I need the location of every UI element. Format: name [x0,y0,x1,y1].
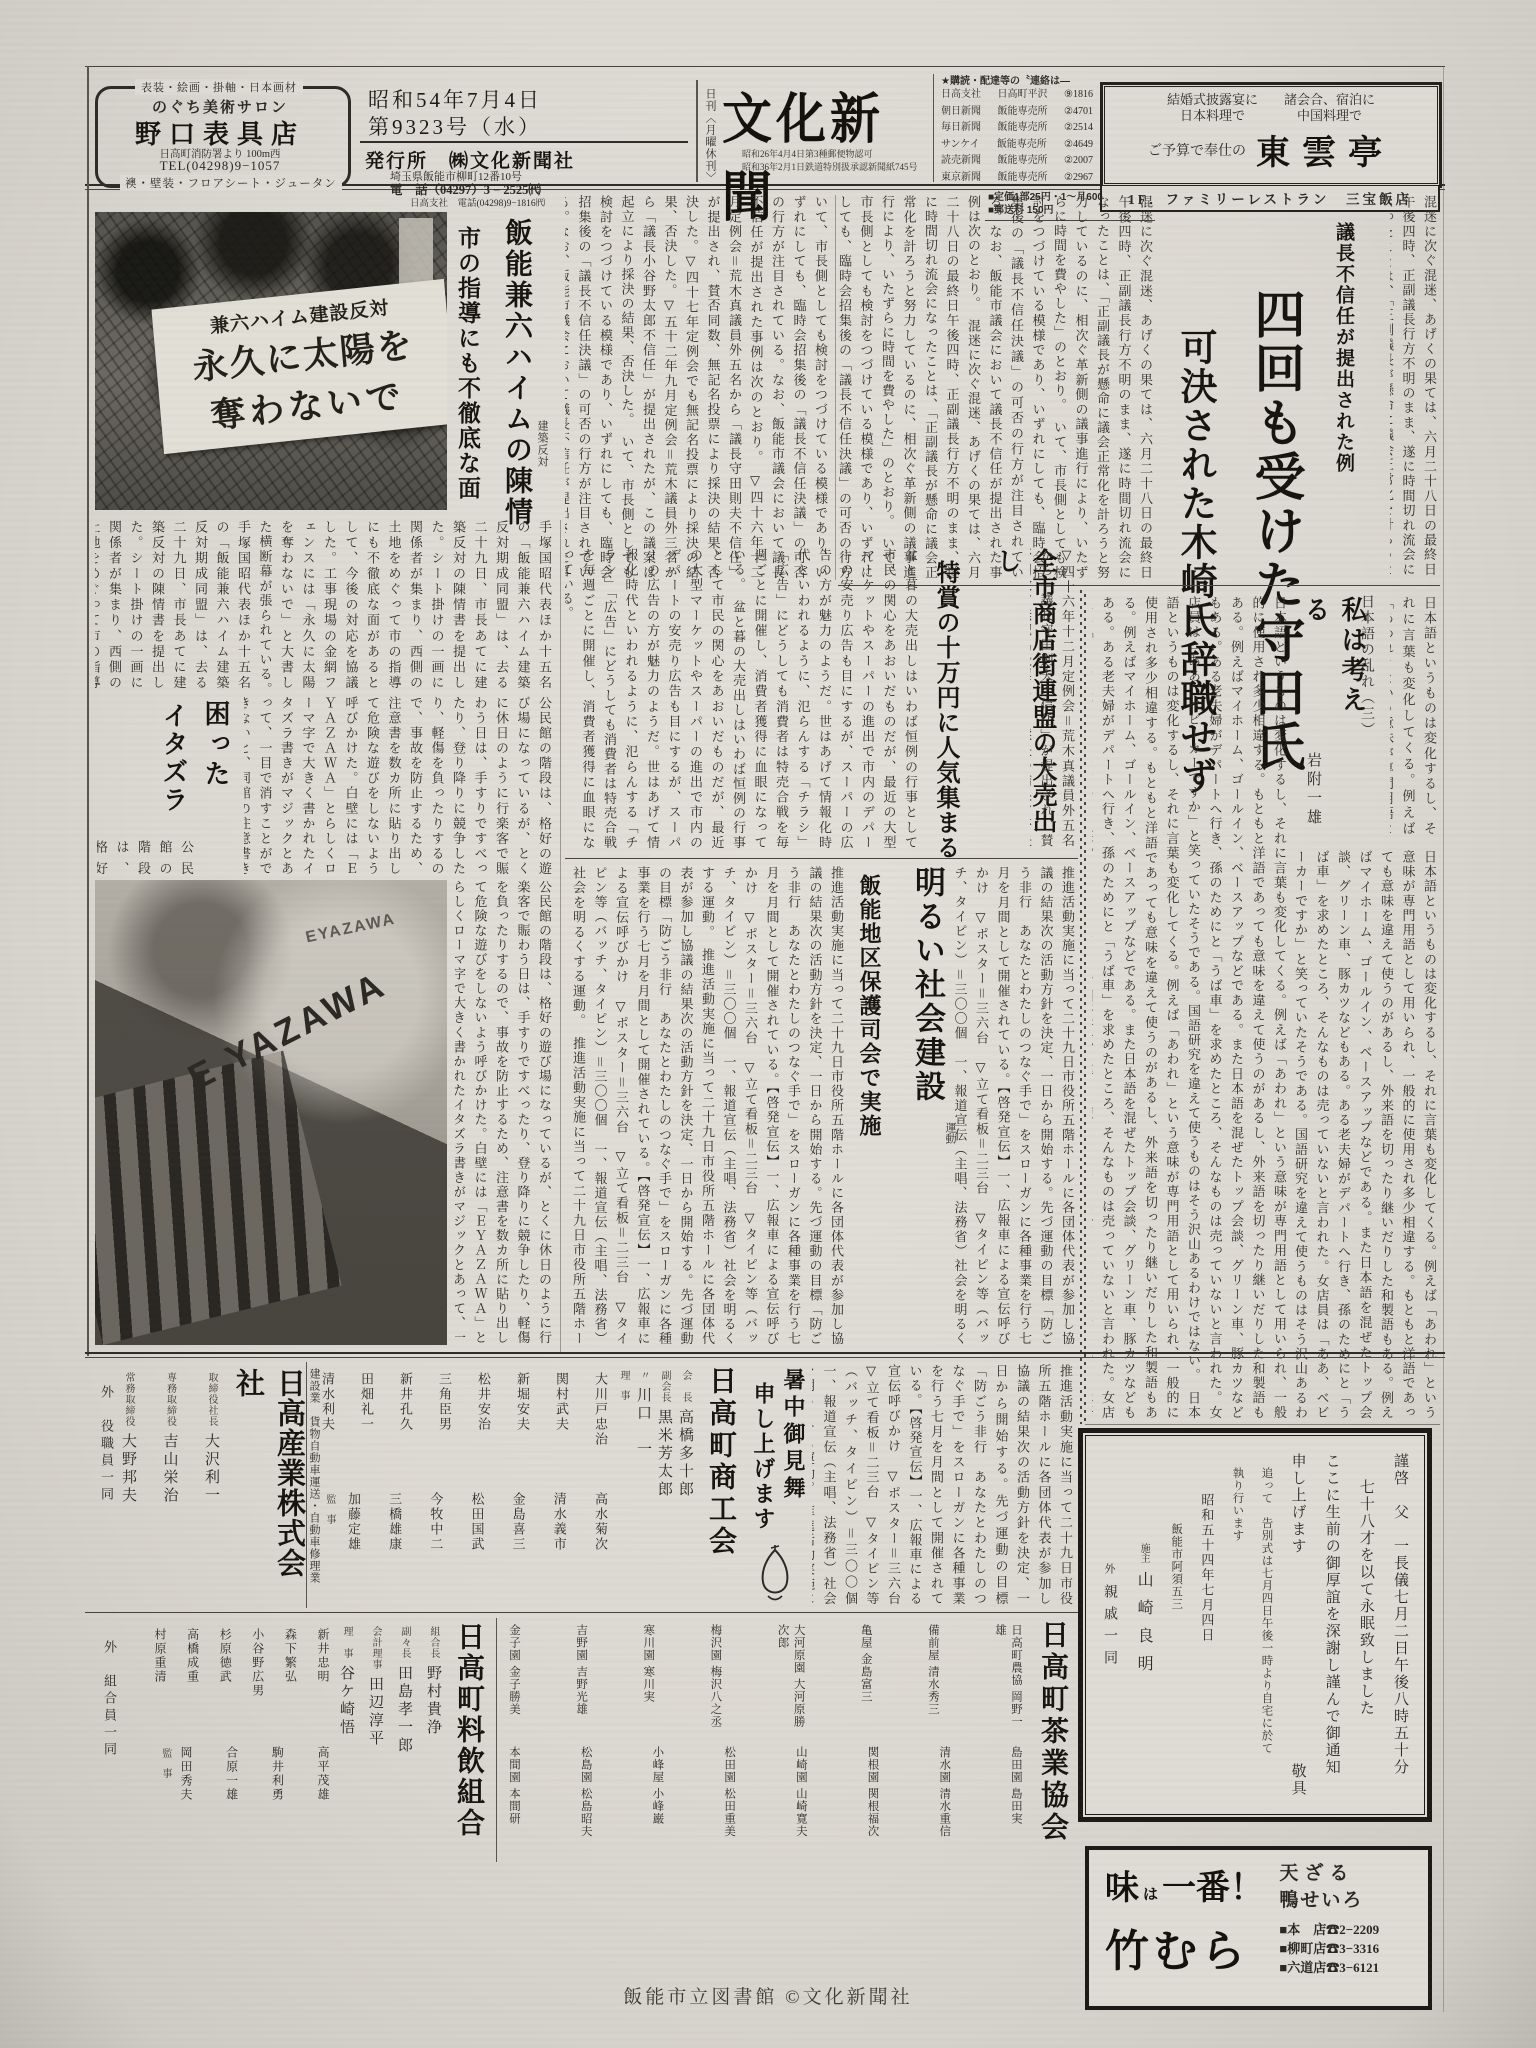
member-name: 新堀安夫 [513,1372,532,1484]
contact-phone: ②2007 [1064,153,1093,170]
obituary-date: 昭和五十四年七月四日 [1197,1453,1216,1837]
filler-body: 推進活動実施に当って二十九日市役所五階ホールに各団体代表が参加し協議の結果次の活… [812,1364,1076,1606]
relatives-label: 外 [1101,1563,1117,1574]
headline-chinjou: 飯能兼六ハイムの陳情 [496,218,536,530]
member-name: 金島喜三 [509,1492,528,1604]
stairs [95,1051,342,1345]
noguchi-tagline-bottom: 襖・壁装・フロアシート・ジュータン [120,175,342,191]
member-name: 梅沢園 梅沢八之丞 [707,1624,723,1740]
subhead-chinjou: 市の指導にも不徹底な面 [452,226,485,526]
shoukoukai-names-row2: 高水菊次清水義市金島喜三松田国武今牧中二三橋雄康加藤定雄 [344,1492,610,1604]
member-name: 三橋雄康 [385,1492,404,1604]
ryoin-officers: 組合長 野村貴浄 副々長 田島孝一郎 会計理事 田辺淳平 理 事 谷ケ崎悟 [336,1626,444,1856]
watashi-body-lower: 日本語というものは変化するし、それに言葉も変化してくる。例えば「あわれ」という意… [1295,850,1440,1420]
publisher-branch: 日高支社 電話(04298)9−1816㈹ [410,195,545,209]
section-rule-mid [565,858,1078,859]
contact-row: 読売新聞 飯能専売所 ②2007 [941,153,1093,170]
officer-name: 川口 一 [633,1387,654,1459]
obituary-keigu: 敬具 [1288,1763,1309,1797]
issue-number: 第9323号（水） [368,111,542,141]
catch-big-1: 味 [1105,1870,1139,1907]
chagyou-org: 日高町茶業協会 [1032,1620,1072,1862]
contact-name: 毎日新聞 [941,120,981,137]
member-name: 日高町農協 岡野一雄 [992,1624,1024,1740]
officer-name: 吉山栄治 [160,1433,181,1505]
ryoin-officer: 副々長 田島孝一郎 [394,1626,415,1856]
member-name: 小谷野広男 [250,1628,267,1738]
headline-lead-kicker: 議長不信任が提出された例 [1330,222,1357,524]
shinonome-lines: 結婚式披露宴に 日本料理で 諸会合、宿泊に 中国料理で [1103,92,1439,124]
officer-name: 大沢利一 [201,1433,222,1505]
contact-row: 朝日新聞 飯能専売所 ②4701 [941,104,1093,121]
obituary-line: 申し上げます [1288,1453,1309,1555]
ryoin-tail: 外 組合員一同 [100,1640,119,1850]
member-name: 本間園 本間研 [506,1746,522,1858]
protest-photo: 兼六ハイム建設反対 永久に太陽を 奪わないで [95,212,447,510]
officer-title: 常務取締役 [121,1372,136,1427]
member-name: 関根園 関根福次 [865,1746,881,1858]
contact-row: サンケイ 飯能専売所 ②4649 [941,137,1093,154]
member-name: 今牧中二 [426,1492,445,1604]
cases-column: ▽四十六年十二月定例会＝荒木真議員外五名から「議長守田則夫不信任」が提出され、賛… [1030,548,1078,848]
shinonome-line2b: 中国料理で [1284,108,1375,124]
member-name: 松田園 松田重美 [721,1746,737,1858]
sangyo-divider [306,1362,307,1608]
contact-name: サンケイ [941,137,980,154]
newspaper-page: 表装・絵画・掛軸・日本画材 のぐち美術サロン 野口表具店 日高町消防署より 10… [0,0,1536,2048]
member-name: 島田園 島田実 [1008,1746,1024,1858]
noguchi-tagline-top: 表装・絵画・掛軸・日本画材 [135,79,303,95]
lead-body-block: 混迷に次ぐ混迷、あげくの果ては、六月二十八日の最終日午後四時、正副議長行方不明の… [838,195,1156,580]
contact-row: 日高支社 日高町平沢 ⑨1816 [941,87,1093,104]
catch-big-2: 一番！ [1162,1870,1264,1907]
ads-top-rule-2 [85,1357,1445,1358]
contact-name: 日高支社 [941,87,981,104]
protest-banner: 兼六ハイム建設反対 永久に太陽を 奪わないで [151,279,447,454]
watashi-body-col-right: 日本語というものは変化するし、それに言葉も変化してくる。例えば「あわれ」という意… [1390,596,1440,836]
member-name: 亀屋 金島富三 [858,1624,874,1740]
shoukoukai-label-kanji: 監 事 [322,1494,337,1554]
subhead-akarui: 飯能地区保護司会で実施 [854,874,885,1150]
shinonome-ad-box: 結婚式披露宴に 日本料理で 諸会合、宿泊に 中国料理で ご予算で奉仕の 東雲亭 [1100,82,1442,188]
graffiti-photo: E.YAZAWA EYAZAWA [95,880,447,1345]
masthead-note-2: 昭和36年2月1日鉄道特別扱承認新聞紙745号 [742,161,918,174]
member-name: 清水義市 [550,1492,569,1604]
akarui-body-left: 推進活動実施に当って二十九日市役所五階ホールに各団体代表が参加し協議の結果次の活… [565,866,847,1346]
officer-title: 専務取締役 [163,1372,178,1427]
officer-name: 高橋多十郎 [675,1409,696,1499]
member-name: 清水利夫 [318,1372,337,1484]
member-name: 高水菊次 [591,1492,610,1604]
member-name: 新井孔久 [396,1372,415,1484]
officer-name: 谷ケ崎悟 [336,1665,357,1737]
daily-label: 日刊〈月曜休刊〉 [702,88,718,184]
obituary-line: 七十八才を以て永眠致しました [1356,1453,1377,1823]
contact-phone: ⑨1816 [1064,87,1093,104]
contact-place: 飯能専売所 [998,170,1048,187]
member-name: 合原一雄 [224,1746,241,1856]
member-name: 小峰屋 小峰巌 [649,1746,665,1858]
takemura-tel-list: ■本 店☎2−2209■柳町店☎3−3316■六道店☎3−6121 [1279,1920,1428,1977]
obituary-funeral-note: 追って 告別式は七月四日午後一時より自宅に於て [1259,1453,1275,1811]
itazura-body-small: 公民館の階段は、格好の遊び場になっているが、とくに休日のように行楽客で賑わう日は… [97,840,197,876]
member-name: 田畑礼一 [357,1372,376,1484]
officer-name: 田辺淳平 [365,1676,386,1748]
officer-title: 〃 [636,1370,651,1381]
officer-title: 理 事 [339,1626,354,1659]
obituary-line: 謹啓 父 一長儀七月二日午後八時五十分 [1390,1453,1411,1797]
member-name: 金子園 金子勝美 [506,1624,522,1740]
ryoin-divider [496,1618,497,1862]
obituary-funeral-note2: 執り行います [1229,1453,1245,1811]
officer-title: 会 長 [678,1370,693,1403]
takemura-catch: 味 は 一番！ [1105,1860,1279,1909]
sangyo-officer: 取締役社長 大沢利一 [201,1372,222,1598]
catch-small: は [1143,1887,1158,1903]
contact-row: 東京新聞 飯能専売所 ②2967 [941,170,1093,187]
shoukoukai-org: 日高町商工会 [700,1366,740,1606]
member-name: 新井忠明 [315,1628,332,1738]
member-name: 吉野園 吉野光雄 [573,1624,589,1740]
akarui-body-right: 推進活動実施に当って二十九日市役所五階ホールに各団体代表が参加し協議の結果次の活… [952,866,1078,1346]
member-name: 松井安治 [474,1372,493,1484]
ryoin-label-kanji: 監 事 [158,1748,173,1804]
contact-place: 飯能専売所 [998,104,1048,121]
shoukoukai-officer: 会 長 高橋多十郎 [675,1370,696,1602]
lead-body-column: 混迷に次ぐ混迷、あげくの果ては、六月二十八日の最終日午後四時、正副議長行方不明の… [1390,195,1440,577]
contact-rows: 日高支社 日高町平沢 ⑨1816 朝日新聞 飯能専売所 ②4701 毎日新聞 飯… [941,87,1093,186]
mourner-label: 施主 [1136,1543,1151,1563]
lead-cases-block: いて、市長側としても検討をつづけている模様であり、いずれにしても、臨時会招集後の… [565,195,831,580]
shinonome-line1a: 結婚式披露宴に [1167,92,1258,108]
obituary-address: 飯能市阿須五三 [1168,1453,1184,1867]
contact-phone: ②2967 [1064,170,1093,187]
member-name: 松島園 松島昭夫 [578,1746,594,1858]
obituary-relatives: 外 親戚一同 [1099,1453,1119,1797]
chinjou-body: 手塚国昭代表ほか十五名の「飯能兼六ハイム建築反対期成同盟」は、去る二十九日、市長… [95,520,555,690]
officer-title: 副会長 [657,1370,672,1403]
member-name: 寒川園 寒川実 [640,1624,656,1740]
contact-name: 読売新聞 [941,153,981,170]
relatives-text: 親戚一同 [1099,1584,1119,1672]
itazura-body-right: 公民館の階段は、格好の遊び場になっているが、とくに休日のように行楽客で賑わう日は… [455,880,555,1345]
watashi-author: 岩附一雄 [1303,752,1324,838]
masthead-notes: 昭和26年4月4日第3種郵便物認可 昭和36年2月1日鉄道特別扱承認新聞紙745… [742,148,918,174]
officer-title: 会計理事 [368,1626,383,1670]
headline-akarui: 明るい社会建設 [905,866,950,1118]
obituary-line: ここに生前の御厚誼を深謝し謹んで御通知 [1322,1453,1343,1797]
officer-name: 野村貴浄 [423,1665,444,1737]
contact-place: 飯能専売所 [998,153,1048,170]
sangyo-officer: 専務取締役 吉山栄治 [160,1372,181,1598]
issue-date: 昭和54年7月4日 [368,84,542,114]
menu-item-2: 鴨せいろ [1279,1885,1428,1912]
member-name: 関村武夫 [552,1372,571,1484]
member-name: 森下繁弘 [282,1628,299,1738]
member-name: 大川戸忠治 [591,1372,610,1484]
obituary-line-group: 申し上げます 敬具 [1288,1453,1309,1797]
shoukoukai-officer: 〃 川口 一 [633,1370,654,1602]
member-name: 山崎園 山崎寛夫 [793,1746,809,1858]
ryoin-org: 日高町料飲組合 [448,1622,488,1862]
member-name: 三角臣男 [435,1372,454,1484]
member-name: 杉原徳武 [217,1628,234,1738]
member-name: 加藤定雄 [344,1492,363,1604]
officer-title: 組合長 [426,1626,441,1659]
column-rule-a [835,195,836,580]
officer-name: 田島孝一郎 [394,1665,415,1755]
takemura-tel: ■六道店☎3−6121 [1279,1958,1428,1977]
sangyo-tail: 外 役職員一同 [97,1385,116,1595]
shinonome-line-cn: 諸会合、宿泊に 中国料理で [1284,92,1375,124]
contact-list: ★購読・配達等の〝連絡は— 日高支社 日高町平沢 ⑨1816 朝日新聞 飯能専売… [941,72,1093,186]
itazura-body: 公民館の階段は、格好の遊び場になっているが、とくに休日のように行楽客で賑わう日は… [244,696,555,876]
contact-name: 朝日新聞 [941,104,981,121]
column-rule-left [560,520,561,1352]
contact-phone: ②4701 [1064,104,1093,121]
subhead-uridashi: 特賞の十万円に人気集まる [928,560,963,860]
member-name: 岡田秀夫 [178,1746,195,1856]
shinonome-logo-row: ご予算で奉仕の 東雲亭 [1103,125,1439,174]
ryoin-officer: 組合長 野村貴浄 [423,1626,444,1856]
takemura-shop-name: 竹むら [1105,1915,1279,1979]
sangyo-officers: 取締役社長 大沢利一 専務取締役 吉山栄治 常務取締役 大野邦夫 [118,1372,222,1598]
ads-top-rule [85,1352,1445,1354]
headline-chinjou-kicker: 建築反対 [534,420,550,504]
member-name: 松田国武 [467,1492,486,1604]
library-caption: 飯能市立図書館 ©文化新聞社 [0,1982,1536,2009]
sangyo-company: 日高産業株式会社 [228,1368,310,1606]
shinonome-slogan: ご予算で奉仕の [1148,140,1246,160]
paper-sheet: 表装・絵画・掛軸・日本画材 のぐち美術サロン 野口表具店 日高町消防署より 10… [0,0,1536,2048]
chagyou-names-row2: 島田園 島田実清水園 清水重信関根園 関根福次山崎園 山崎寛夫松田園 松田重美小… [506,1746,1024,1858]
contact-heading: ★購読・配達等の〝連絡は— [941,72,1093,87]
headline-itazura-2: イタズラ [155,702,192,832]
ryoin-officer: 会計理事 田辺淳平 [365,1626,386,1856]
shoukoukai-officer: 副会長 黒米芳太郎 [654,1370,675,1602]
summer-gift-illustration [752,1544,798,1604]
member-name: 村原重清 [152,1628,169,1738]
ads-mid-rule [85,1612,1078,1613]
right-edge-rule [1443,66,1444,2012]
shinonome-line1b: 日本料理で [1167,108,1258,124]
contact-place: 飯能専売所 [997,137,1047,154]
officer-name: 大野邦夫 [118,1433,139,1505]
shinonome-logo: 東雲亭 [1256,125,1394,174]
contact-place: 日高町平沢 [998,87,1048,104]
officer-title: 副々長 [397,1626,412,1659]
takemura-tel: ■柳町店☎3−3316 [1279,1939,1428,1958]
headline-itazura-1: 困った [197,700,234,800]
obituary-box: 謹啓 父 一長儀七月二日午後八時五十分 七十八才を以て永眠致しました ここに生前… [1078,1428,1432,1822]
officer-title: 取締役社長 [204,1372,219,1427]
contact-phone: ②2514 [1064,120,1093,137]
member-name: 駒井利勇 [269,1746,286,1856]
masthead-contacts-divider [933,74,934,182]
zigzag-divider [1080,590,1086,1424]
noguchi-tel: TEL(04298)9−1057 [95,158,345,174]
shoukoukai-label-riji: 理 事 [616,1370,631,1430]
obituary-chief-mourner: 施主 山崎良明 [1132,1453,1155,1797]
watashi-bottom-rule [1085,1424,1440,1425]
contact-row: 毎日新聞 飯能専売所 ②2514 [941,120,1093,137]
contact-name: 東京新聞 [941,170,981,187]
graffiti-text-small: EYAZAWA [304,911,397,948]
mourner-name: 山崎良明 [1132,1571,1155,1683]
watashi-body-left: 日本語というものは変化するし、それに言葉も変化してくる。例えば「あわれ」という意… [1092,596,1290,1420]
ryoin-officer: 理 事 谷ケ崎悟 [336,1626,357,1856]
uridashi-body: 盆と暮の大売出しはいわば恒例の行事として市民の関心をあおいだものだが、最近の大型… [565,548,921,850]
issue-divider [360,141,688,143]
member-name: 清水園 清水重信 [936,1746,952,1858]
issue-masthead-divider [696,80,698,182]
member-name: 備前屋 清水秀三 [925,1624,941,1740]
ryoin-names-row2: 高平茂雄駒井利勇合原一雄岡田秀夫 [178,1746,332,1856]
contact-phone: ②4649 [1064,137,1093,154]
chagyou-names-row1: 日高町農協 岡野一雄備前屋 清水秀三亀屋 金島富三大河原園 大河原勝次郎梅沢園 … [506,1624,1024,1740]
shoukoukai-names-row1: 大川戸忠治関村武夫新堀安夫松井安治三角臣男新井孔久田畑礼一清水利夫 [318,1372,610,1484]
shoukoukai-officers: 会 長 高橋多十郎 副会長 黒米芳太郎 〃 川口 一 [634,1370,696,1602]
menu-item-1: 天ざる [1279,1858,1428,1885]
member-name: 高橋成重 [185,1628,202,1738]
top-rule [85,66,1445,67]
contact-place: 飯能専売所 [998,120,1048,137]
takemura-tel: ■本 店☎2−2209 [1279,1920,1428,1939]
sangyo-officer: 常務取締役 大野邦夫 [118,1372,139,1598]
masthead-note-1: 昭和26年4月4日第3種郵便物認可 [742,148,918,161]
officer-name: 黒米芳太郎 [654,1409,675,1499]
shinonome-line2a: 諸会合、宿泊に [1284,92,1375,108]
member-name: 大河原園 大河原勝次郎 [775,1624,807,1740]
member-name: 高平茂雄 [315,1746,332,1856]
left-edge-rule [87,66,89,1356]
summer-greeting-1: 暑中御見舞 [778,1368,809,1568]
ryoin-names-row1: 新井忠明森下繁弘小谷野広男杉原徳武高橋成重村原重清 [152,1628,332,1738]
shinonome-line-jp: 結婚式披露宴に 日本料理で [1167,92,1258,124]
watashi-article-title: 日本語の乱れ（三） [1356,594,1376,764]
